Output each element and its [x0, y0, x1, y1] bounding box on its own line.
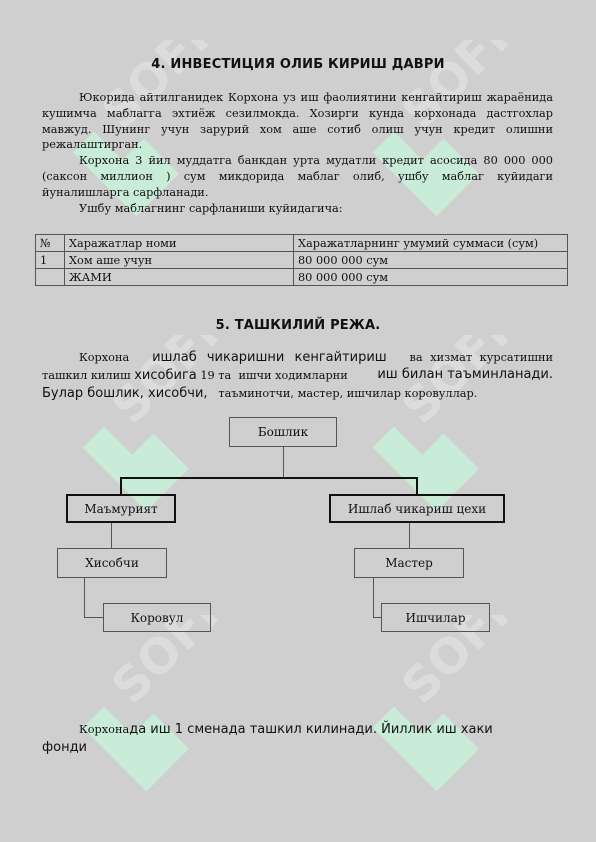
table-cell: 80 000 000 сум [294, 269, 568, 286]
investment-paragraph: Юкорида айтилганидек Корхона уз иш фаоли… [42, 90, 553, 216]
org-node-head: Бошлик [229, 417, 337, 447]
table-cell: 1 [36, 252, 65, 269]
table-header-cell: Харажатлар номи [65, 235, 294, 252]
table-cell: 80 000 000 сум [294, 252, 568, 269]
section-5-heading: 5. ТАШКИЛИЙ РЕЖА. [0, 318, 596, 333]
soff-watermark-icon: SOFF [360, 615, 520, 805]
org-node-accountant: Хисобчи [57, 548, 167, 578]
connector-line [416, 477, 418, 495]
org-node-workers: Ишчилар [381, 603, 490, 632]
table-row: 1 Хом аше учун 80 000 000 сум [36, 252, 568, 269]
document-page: SOFF SOFF SOFF SOFF SOFF SOFF [0, 0, 596, 842]
org-node-master: Мастер [354, 548, 464, 578]
table-header-row: № Харажатлар номи Харажатларнинг умумий … [36, 235, 568, 252]
table-total-row: ЖАМИ 80 000 000 сум [36, 269, 568, 286]
connector-line [120, 477, 122, 495]
table-cell: ЖАМИ [65, 269, 294, 286]
connector-line [111, 522, 112, 549]
org-node-administration: Маъмурият [66, 494, 176, 523]
organization-paragraph: Корхона ишлаб чикаришни кенгайтириш ва х… [42, 349, 553, 402]
soff-watermark-icon: SOFF [70, 615, 230, 805]
connector-line [409, 522, 410, 549]
connector-line [373, 578, 374, 617]
org-node-production-shop: Ишлаб чикариш цехи [329, 494, 505, 523]
table-header-cell: Харажатларнинг умумий суммаси (сум) [294, 235, 568, 252]
table-cell: Хом аше учун [65, 252, 294, 269]
connector-line [120, 477, 418, 479]
connector-line [84, 617, 103, 618]
connector-line [283, 446, 284, 477]
table-header-cell: № [36, 235, 65, 252]
closing-paragraph: Корхонада иш 1 сменада ташкил килинади. … [42, 720, 553, 756]
expenses-table: № Харажатлар номи Харажатларнинг умумий … [35, 234, 568, 286]
org-node-guard: Коровул [103, 603, 211, 632]
connector-line [84, 578, 85, 617]
table-cell [36, 269, 65, 286]
section-4-heading: 4. ИНВЕСТИЦИЯ ОЛИБ КИРИШ ДАВРИ [0, 57, 596, 72]
